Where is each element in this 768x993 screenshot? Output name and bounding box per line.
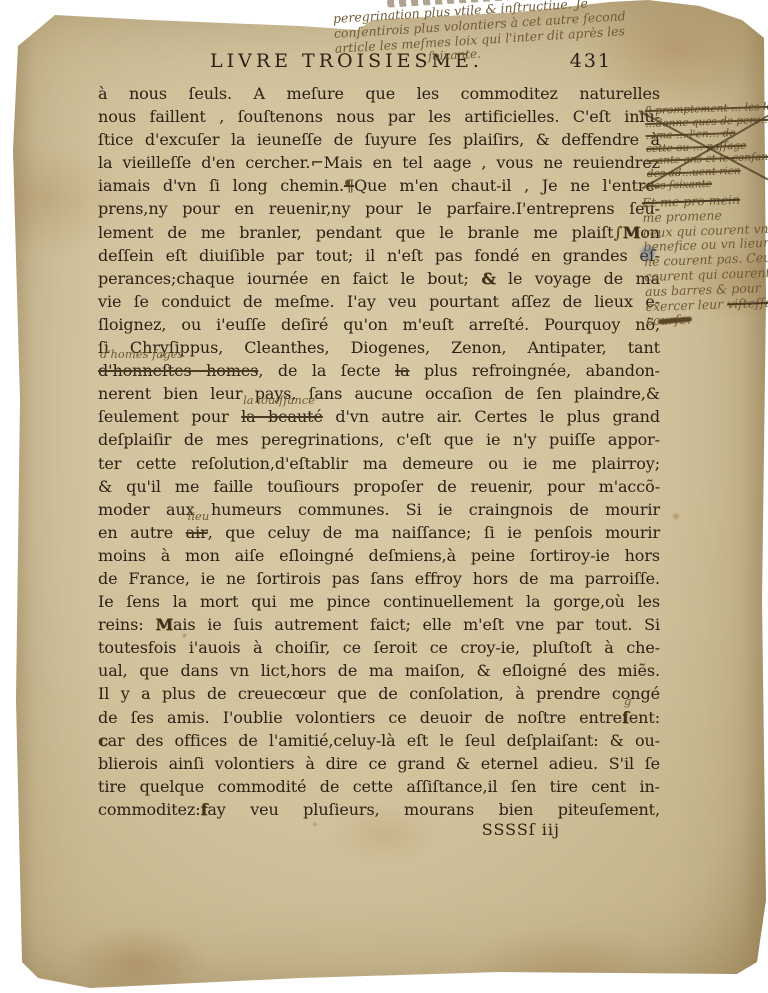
text-segment: ter cette reſolution,d'eſtablir ma demeu… [98,454,660,473]
text-line: à nous ſeuls. A meſure que les commodite… [98,82,660,105]
text-segment: vie ſe conduict de meſme. I'ay veu pourt… [98,292,660,311]
text-segment: ais ie ſuis autrement faict; elle m'eſt … [173,615,660,634]
text-line: en autre airlieu, que celuy de ma naiſſa… [98,521,660,544]
inserted-word-annotation: ſoixante. [428,47,482,64]
text-segment: d'vn autre air. Certes le plus grand [323,407,660,426]
text-segment: blierois ainſi volontiers à dire ce gran… [98,754,660,773]
text-segment: Ie ſens la mort qui me pince continuelle… [98,592,660,611]
text-line: reins: Mais ie ſuis autrement faict; ell… [98,613,660,636]
text-segment: lement de me branler, pendant que le bra… [98,223,613,242]
text-line: moins à mon aiſe eſloingné deſmiens,à pe… [98,544,660,567]
text-line: deſſein eſt diuiſible par tout; il n'eſt… [98,244,660,267]
text-line: prens,ny pour en reuenir,ny pour le parf… [98,197,660,220]
handwritten-correction: lieu [188,511,210,522]
text-line: & qu'il me faille touſiours propoſer de … [98,475,660,498]
printed-text-block: à nous ſeuls. A meſure que les commodite… [98,82,660,821]
text-line: vie ſe conduict de meſme. I'ay veu pourt… [98,290,660,313]
insertion-mark: ⌐ [310,153,323,172]
insertion-mark: ¶ [344,176,354,195]
margin-insertion-annotation: Et me pro meinme promeneceux qui courent… [642,192,768,329]
ink-overwrite: M [155,615,173,634]
text-segment: Mais en tel aage , vous ne reuiendrez [324,153,660,172]
text-line: de France, ie ne ſortirois pas ſans effr… [98,567,660,590]
text-line: nerent bien leur pays, ſans aucune occaſ… [98,382,660,405]
text-segment: iamais d'vn ſi long chemin. [98,176,344,195]
text-line: ſeulement pour la beautéla iouiſſance d'… [98,405,660,428]
handwritten-correction: la iouiſſance [243,395,315,406]
text-segment: le voyage de ma [496,269,660,288]
text-line: ſloignez, ou i'euſſe deſiré qu'on m'euſt… [98,313,660,336]
insertion-mark: ∫ [613,223,622,242]
text-segment: de France, ie ne ſortirois pas ſans effr… [98,569,660,588]
text-segment: ſeulement pour [98,407,241,426]
handwritten-correction: d'homes ſages [100,349,183,360]
signature-mark: SSSSſ iij [98,818,660,841]
text-line: lement de me branler, pendant que le bra… [98,221,660,244]
page-number: 431 [570,50,612,72]
text-segment: moder aux humeurs communes. Si ie craing… [98,500,660,519]
text-segment: la [395,361,409,380]
text-segment: ar des offices de l'amitié,celuy-là eſt … [108,731,660,750]
corrected-passage: ſg [622,708,629,727]
ink-overwrite: M [623,223,641,242]
text-segment: , de la ſecte [258,361,395,380]
blue-smudge-stain [640,246,655,261]
text-segment: en autre [98,523,186,542]
ink-overwrite: & [481,269,495,288]
text-segment: , que celuy de ma naiſſance; ſi ie penſo… [208,523,660,542]
text-segment: viſteſſe [727,294,768,311]
text-line: Il y a plus de creuecœur que de conſolat… [98,682,660,705]
text-segment: de ſes amis. I'oublie volontiers ce deuo… [98,708,622,727]
text-line: deſplaiſir de mes peregrinations, c'eſt … [98,428,660,451]
corrected-passage: d'honneſtes homesd'homes ſages [98,361,258,380]
text-line: car des offices de l'amitié,celuy-là eſt… [98,729,660,752]
text-segment: ſtice d'excuſer la ieuneſſe de ſuyure ſe… [98,130,660,149]
text-segment: toutesfois i'auois à choiſir, ce ſeroit … [98,638,660,657]
ink-overwrite: c [98,731,108,750]
text-segment: nerent bien leur pays, ſans aucune occaſ… [98,384,660,403]
text-segment: ent: [629,708,660,727]
text-segment: Il y a plus de creuecœur que de conſolat… [98,684,660,703]
text-segment: prens,ny pour en reuenir,ny pour le parf… [98,199,660,218]
text-segment: à nous ſeuls. A meſure que les commodite… [98,84,660,103]
text-segment: tire quelque commodité de cette aſſiſtan… [98,777,660,796]
text-segment: plus refroingnée, abandon- [410,361,660,380]
text-line: ſtice d'excuſer la ieuneſſe de ſuyure ſe… [98,128,660,151]
text-line: nous faillent , ſouſtenons nous par les … [98,105,660,128]
text-segment: reins: [98,615,155,634]
text-segment: deſſein eſt diuiſible par tout; il n'eſt… [98,246,660,265]
text-segment: moins à mon aiſe eſloingné deſmiens,à pe… [98,546,660,565]
ink-overwrite: ſ [622,708,629,727]
text-line: blierois ainſi volontiers à dire ce gran… [98,752,660,775]
text-line: perances;chaque iournée en faict le bout… [98,267,660,290]
text-line: d'honneſtes homesd'homes ſages, de la ſe… [98,359,660,382]
text-segment: perances;chaque iournée en faict le bout… [98,269,481,288]
text-segment: deſplaiſir de mes peregrinations, c'eſt … [98,430,660,449]
text-segment: ual, que dans vn lict,hors de ma maiſon,… [98,661,660,680]
text-line: toutesfois i'auois à choiſir, ce ſeroit … [98,636,660,659]
text-line: iamais d'vn ſi long chemin.¶Que m'en cha… [98,174,660,197]
text-segment: la vieilleſſe d'en cercher. [98,153,310,172]
text-segment: ſloignez, ou i'euſſe deſiré qu'on m'euſt… [98,315,660,334]
text-segment: & qu'il me faille touſiours propoſer de … [98,477,660,496]
corrected-passage: airlieu [186,523,208,542]
text-segment: exercer leur [645,296,727,314]
text-segment: la beauté [241,407,323,426]
text-line: ter cette reſolution,d'eſtablir ma demeu… [98,452,660,475]
text-line: de ſes amis. I'oublie volontiers ce deuo… [98,706,660,729]
text-line: ual, que dans vn lict,hors de ma maiſon,… [98,659,660,682]
text-line: Ie ſens la mort qui me pince continuelle… [98,590,660,613]
text-segment: commoditez: [98,800,201,819]
handwritten-correction: g [624,696,631,707]
text-segment: ay veu pluſieurs, mourans bien piteuſeme… [207,800,660,819]
text-line: moder aux humeurs communes. Si ie craing… [98,498,660,521]
text-segment: nous faillent , ſouſtenons nous par les … [98,107,660,126]
text-segment: d'honneſtes homes [98,361,258,380]
corrected-passage: la beautéla iouiſſance [241,407,323,426]
text-line: la vieilleſſe d'en cercher.⌐Mais en tel … [98,151,660,174]
text-line: tire quelque commodité de cette aſſiſtan… [98,775,660,798]
signature-line: SSSSſ iij [98,818,660,841]
running-head: LIVRE TROISIESME. 431 [98,50,660,72]
scanned-book-page: LIVRE TROISIESME. 431 à nous ſeuls. A me… [0,0,768,993]
text-segment: Que m'en chaut-il , Je ne l'entre- [354,176,660,195]
text-segment: air [186,523,208,542]
